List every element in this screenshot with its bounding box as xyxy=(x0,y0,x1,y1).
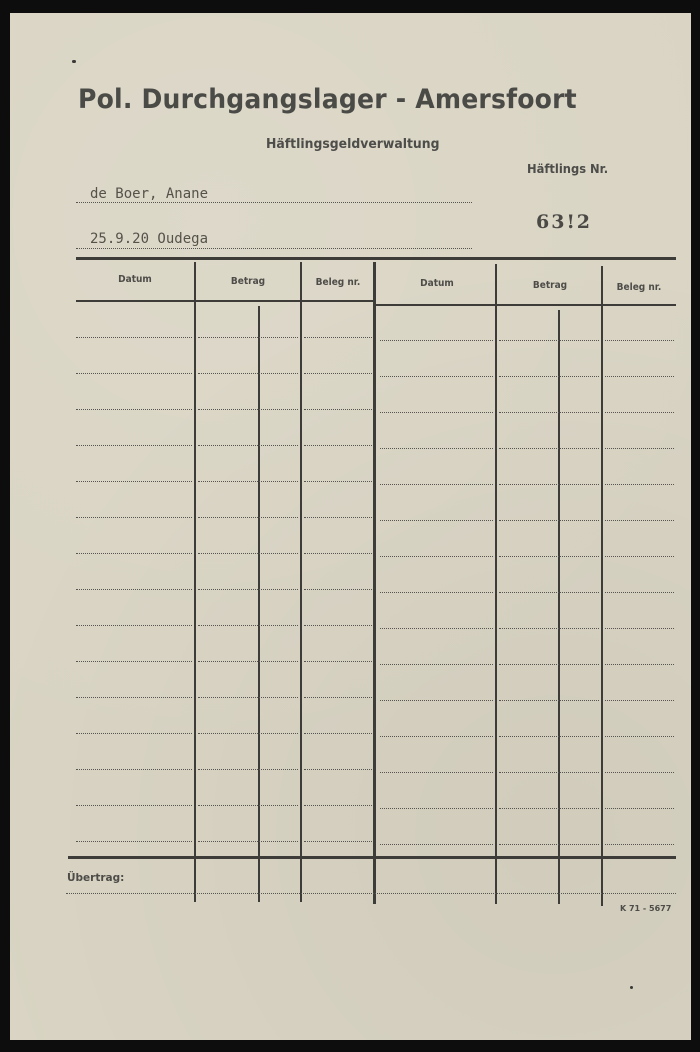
ledger-row-line xyxy=(76,589,192,590)
ledger-row-line xyxy=(76,481,192,482)
ledger-row-line xyxy=(499,664,599,665)
col-divider xyxy=(601,266,603,906)
ledger-row-line xyxy=(499,448,599,449)
ledger-row-line xyxy=(198,805,298,806)
prisoner-birth-info: 25.9.20 Oudega xyxy=(90,231,208,247)
col-divider xyxy=(300,262,302,902)
ledger-row-line xyxy=(380,340,493,341)
ledger-row-line xyxy=(605,376,674,377)
ledger-row-line xyxy=(304,445,372,446)
ledger-row-line xyxy=(304,841,372,842)
ledger-row-line xyxy=(605,772,674,773)
ledger-row-line xyxy=(304,661,372,662)
ledger-row-line xyxy=(499,736,599,737)
col-divider-thin xyxy=(258,306,260,902)
form-code: K 71 - 5677 xyxy=(620,904,671,913)
ledger-row-line xyxy=(76,697,192,698)
ledger-row-line xyxy=(304,769,372,770)
totals-top-border xyxy=(68,856,676,859)
ledger-row-line xyxy=(76,661,192,662)
ledger-row-line xyxy=(304,589,372,590)
ledger-row-line xyxy=(304,337,372,338)
ledger-row-line xyxy=(198,733,298,734)
ledger-row-line xyxy=(198,553,298,554)
ledger-row-line xyxy=(76,733,192,734)
ledger-row-line xyxy=(304,805,372,806)
ledger-row-line xyxy=(198,409,298,410)
ledger-row-line xyxy=(380,844,493,845)
ledger-row-line xyxy=(76,337,192,338)
ledger-row-line xyxy=(198,589,298,590)
ledger-row-line xyxy=(605,340,674,341)
ledger-row-line xyxy=(499,520,599,521)
table-top-border xyxy=(76,257,676,260)
ledger-row-line xyxy=(380,772,493,773)
ledger-row-line xyxy=(380,808,493,809)
ledger-row-line xyxy=(499,340,599,341)
ledger-row-line xyxy=(76,841,192,842)
ledger-row-line xyxy=(605,412,674,413)
col-divider-thin xyxy=(558,310,560,904)
column-header-betrag-2: Betrag xyxy=(503,280,597,291)
ledger-row-line xyxy=(76,517,192,518)
ledger-row-line xyxy=(605,664,674,665)
ledger-row-line xyxy=(499,484,599,485)
ledger-row-line xyxy=(605,484,674,485)
ink-speck xyxy=(630,986,633,989)
ledger-row-line xyxy=(380,556,493,557)
ledger-row-line xyxy=(304,697,372,698)
column-header-beleg-1: Beleg nr. xyxy=(306,277,371,288)
header-bottom-border-right xyxy=(376,304,676,306)
col-divider-center xyxy=(373,262,376,904)
ledger-row-line xyxy=(605,592,674,593)
ledger-row-line xyxy=(380,700,493,701)
ledger-row-line xyxy=(499,592,599,593)
ledger-row-line xyxy=(499,844,599,845)
ledger-row-line xyxy=(304,517,372,518)
ledger-row-line xyxy=(499,376,599,377)
name-line xyxy=(76,202,472,203)
ledger-row-line xyxy=(304,409,372,410)
ledger-row-line xyxy=(198,517,298,518)
ledger-row-line xyxy=(380,736,493,737)
ledger-row-line xyxy=(380,412,493,413)
ledger-row-line xyxy=(380,592,493,593)
ledger-row-line xyxy=(304,733,372,734)
carry-over-line xyxy=(66,893,676,894)
ledger-row-line xyxy=(198,697,298,698)
ledger-row-line xyxy=(605,448,674,449)
ledger-row-line xyxy=(76,409,192,410)
col-divider xyxy=(495,264,497,904)
ledger-row-line xyxy=(605,808,674,809)
ledger-row-line xyxy=(198,373,298,374)
ledger-row-line xyxy=(380,448,493,449)
ledger-row-line xyxy=(380,664,493,665)
ledger-row-line xyxy=(198,337,298,338)
ledger-row-line xyxy=(304,553,372,554)
column-header-beleg-2: Beleg nr. xyxy=(607,282,672,293)
ledger-row-line xyxy=(198,481,298,482)
carry-over-label: Übertrag: xyxy=(67,872,124,884)
ledger-row-line xyxy=(198,445,298,446)
column-header-datum-2: Datum xyxy=(384,278,490,289)
document-title: Pol. Durchgangslager - Amersfoort xyxy=(78,84,577,115)
ledger-row-line xyxy=(76,373,192,374)
ledger-row-line xyxy=(605,844,674,845)
ledger-row-line xyxy=(605,520,674,521)
prisoner-name: de Boer, Anane xyxy=(90,186,208,202)
column-header-datum-1: Datum xyxy=(82,274,188,285)
ledger-row-line xyxy=(499,808,599,809)
ledger-row-line xyxy=(304,625,372,626)
ledger-row-line xyxy=(380,376,493,377)
ledger-row-line xyxy=(304,481,372,482)
ledger-row-line xyxy=(499,700,599,701)
ink-mark xyxy=(72,60,76,63)
ledger-row-line xyxy=(499,556,599,557)
ledger-row-line xyxy=(499,628,599,629)
ledger-row-line xyxy=(76,805,192,806)
prisoner-number-label: Häftlings Nr. xyxy=(527,161,608,176)
ledger-row-line xyxy=(198,769,298,770)
birth-line xyxy=(76,248,472,249)
ledger-row-line xyxy=(605,736,674,737)
col-divider xyxy=(194,262,196,902)
ledger-row-line xyxy=(605,628,674,629)
ledger-row-line xyxy=(76,553,192,554)
ledger-row-line xyxy=(605,556,674,557)
ledger-row-line xyxy=(499,412,599,413)
ledger-row-line xyxy=(76,445,192,446)
ledger-row-line xyxy=(304,373,372,374)
ledger-row-line xyxy=(499,772,599,773)
ledger-row-line xyxy=(380,628,493,629)
prisoner-number: 63!2 xyxy=(536,211,592,233)
ledger-row-line xyxy=(76,625,192,626)
ledger-row-line xyxy=(198,625,298,626)
ledger-row-line xyxy=(380,520,493,521)
ledger-row-line xyxy=(198,841,298,842)
header-bottom-border-left xyxy=(76,300,376,302)
ledger-row-line xyxy=(605,700,674,701)
document-subtitle: Häftlingsgeldverwaltung xyxy=(266,136,439,152)
ledger-row-line xyxy=(380,484,493,485)
column-header-betrag-1: Betrag xyxy=(201,276,295,287)
ledger-row-line xyxy=(76,769,192,770)
ledger-row-line xyxy=(198,661,298,662)
